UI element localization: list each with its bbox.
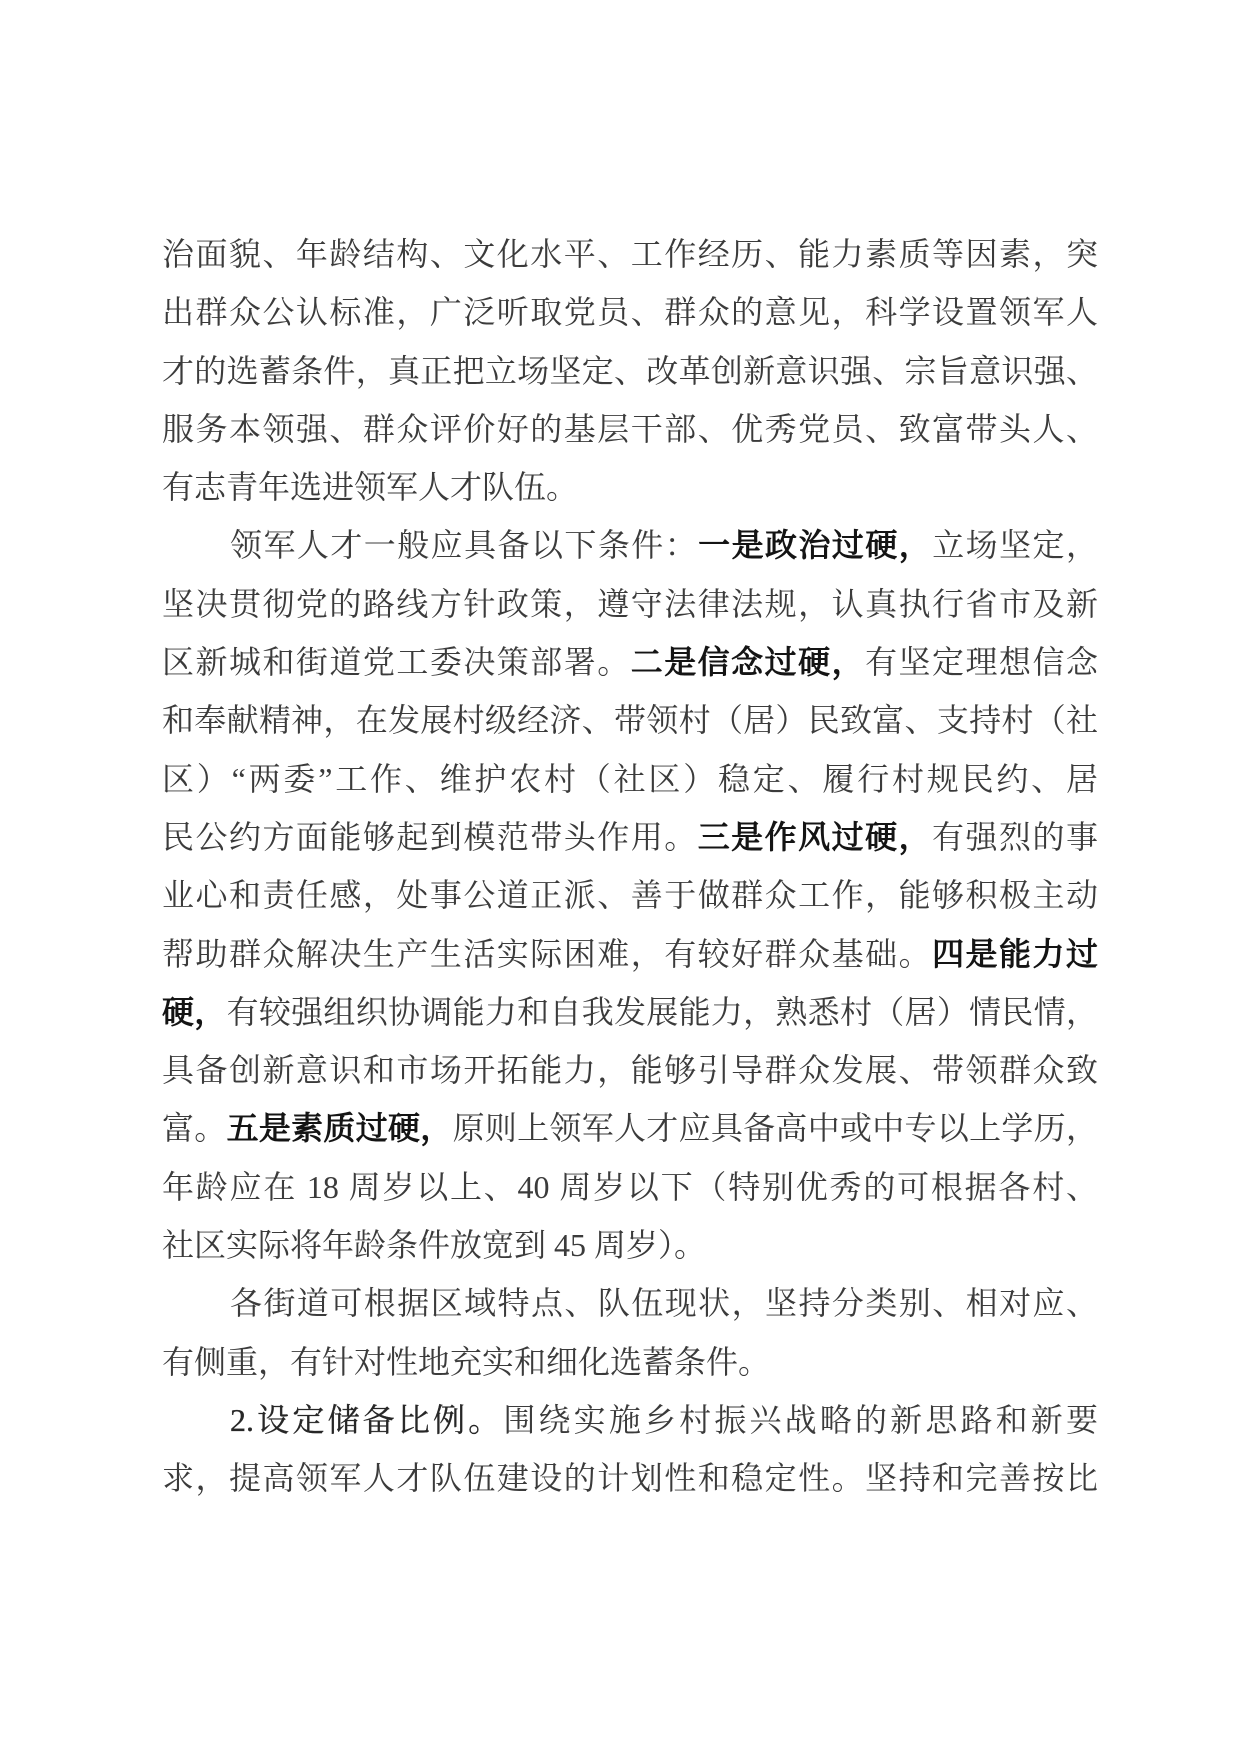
text-line: 帮助群众解决生产生活实际困难，有较好群众基础。四是能力过 bbox=[162, 925, 1098, 983]
body-text: 有较强组织协调能力和自我发展能力，熟悉村（居）情民情， bbox=[227, 994, 1098, 1030]
document-page: 治面貌、年龄结构、文化水平、工作经历、能力素质等因素，突出群众公认标准，广泛听取… bbox=[0, 0, 1241, 1755]
body-text: 原则上领军人才应具备高中或中专以上学历， bbox=[453, 1110, 1098, 1146]
text-line: 2.设定储备比例。围绕实施乡村振兴战略的新思路和新要 bbox=[162, 1391, 1098, 1449]
emphasis-text: 硬， bbox=[162, 994, 227, 1030]
text-line: 出群众公认标准，广泛听取党员、群众的意见，科学设置领军人 bbox=[162, 283, 1098, 341]
body-text: 富。 bbox=[162, 1110, 227, 1146]
body-text: 才的选蓄条件，真正把立场坚定、改革创新意识强、宗旨意识强、 bbox=[162, 353, 1098, 389]
body-text: 领军人才一般应具备以下条件： bbox=[230, 527, 698, 563]
body-text: 各街道可根据区域特点、队伍现状，坚持分类别、相对应、 bbox=[230, 1285, 1098, 1321]
body-text: 具备创新意识和市场开拓能力，能够引导群众发展、带领群众致 bbox=[162, 1052, 1098, 1088]
body-text: 业心和责任感，处事公道正派、善于做群众工作，能够积极主动 bbox=[162, 877, 1098, 913]
text-line: 硬，有较强组织协调能力和自我发展能力，熟悉村（居）情民情， bbox=[162, 983, 1098, 1041]
emphasis-text: 四是能力过 bbox=[932, 936, 1098, 972]
body-text: 求，提高领军人才队伍建设的计划性和稳定性。坚持和完善按比 bbox=[162, 1460, 1098, 1496]
body-text: 围绕实施乡村振兴战略的新思路和新要 bbox=[503, 1402, 1098, 1438]
text-line: 民公约方面能够起到模范带头作用。三是作风过硬，有强烈的事 bbox=[162, 808, 1098, 866]
text-line: 业心和责任感，处事公道正派、善于做群众工作，能够积极主动 bbox=[162, 866, 1098, 924]
text-line: 有侧重，有针对性地充实和细化选蓄条件。 bbox=[162, 1333, 1098, 1391]
body-text: 有坚定理想信念 bbox=[865, 644, 1098, 680]
text-line: 坚决贯彻党的路线方针政策，遵守法律法规，认真执行省市及新 bbox=[162, 575, 1098, 633]
emphasis-text: 五是素质过硬， bbox=[227, 1110, 453, 1146]
emphasis-text: 三是作风过硬， bbox=[698, 819, 932, 855]
body-text: 治面貌、年龄结构、文化水平、工作经历、能力素质等因素，突 bbox=[162, 236, 1098, 272]
text-line: 领军人才一般应具备以下条件：一是政治过硬，立场坚定， bbox=[162, 516, 1098, 574]
text-line: 服务本领强、群众评价好的基层干部、优秀党员、致富带头人、 bbox=[162, 400, 1098, 458]
emphasis-text: 一是政治过硬， bbox=[698, 527, 932, 563]
body-text: 民公约方面能够起到模范带头作用。 bbox=[162, 819, 698, 855]
text-line: 年龄应在 18 周岁以上、40 周岁以下（特别优秀的可根据各村、 bbox=[162, 1158, 1098, 1216]
body-text: 立场坚定， bbox=[932, 527, 1098, 563]
body-text: 服务本领强、群众评价好的基层干部、优秀党员、致富带头人、 bbox=[162, 411, 1098, 447]
body-text: 区）“两委”工作、维护农村（社区）稳定、履行村规民约、居 bbox=[162, 761, 1098, 797]
body-text: 和奉献精神，在发展村级经济、带领村（居）民致富、支持村（社 bbox=[162, 702, 1098, 738]
body-text: 区新城和街道党工委决策部署。 bbox=[162, 644, 631, 680]
text-line: 区新城和街道党工委决策部署。二是信念过硬，有坚定理想信念 bbox=[162, 633, 1098, 691]
body-text: 坚决贯彻党的路线方针政策，遵守法律法规，认真执行省市及新 bbox=[162, 586, 1098, 622]
text-line: 治面貌、年龄结构、文化水平、工作经历、能力素质等因素，突 bbox=[162, 225, 1098, 283]
body-text: 社区实际将年龄条件放宽到 45 周岁）。 bbox=[162, 1227, 706, 1263]
text-line: 才的选蓄条件，真正把立场坚定、改革创新意识强、宗旨意识强、 bbox=[162, 342, 1098, 400]
text-line: 社区实际将年龄条件放宽到 45 周岁）。 bbox=[162, 1216, 1098, 1274]
body-text: 出群众公认标准，广泛听取党员、群众的意见，科学设置领军人 bbox=[162, 294, 1098, 330]
body-text: 年龄应在 18 周岁以上、40 周岁以下（特别优秀的可根据各村、 bbox=[162, 1169, 1098, 1205]
item-title-text: 2.设定储备比例。 bbox=[230, 1402, 503, 1438]
text-line: 区）“两委”工作、维护农村（社区）稳定、履行村规民约、居 bbox=[162, 750, 1098, 808]
body-text: 帮助群众解决生产生活实际困难，有较好群众基础。 bbox=[162, 936, 932, 972]
body-text: 有强烈的事 bbox=[932, 819, 1098, 855]
text-line: 和奉献精神，在发展村级经济、带领村（居）民致富、支持村（社 bbox=[162, 691, 1098, 749]
text-line: 富。五是素质过硬，原则上领军人才应具备高中或中专以上学历， bbox=[162, 1099, 1098, 1157]
body-text: 有侧重，有针对性地充实和细化选蓄条件。 bbox=[162, 1344, 770, 1380]
text-line: 有志青年选进领军人才队伍。 bbox=[162, 458, 1098, 516]
text-line: 各街道可根据区域特点、队伍现状，坚持分类别、相对应、 bbox=[162, 1274, 1098, 1332]
document-body: 治面貌、年龄结构、文化水平、工作经历、能力素质等因素，突出群众公认标准，广泛听取… bbox=[162, 225, 1098, 1508]
emphasis-text: 二是信念过硬， bbox=[631, 644, 865, 680]
body-text: 有志青年选进领军人才队伍。 bbox=[162, 469, 578, 505]
text-line: 求，提高领军人才队伍建设的计划性和稳定性。坚持和完善按比 bbox=[162, 1449, 1098, 1507]
text-line: 具备创新意识和市场开拓能力，能够引导群众发展、带领群众致 bbox=[162, 1041, 1098, 1099]
